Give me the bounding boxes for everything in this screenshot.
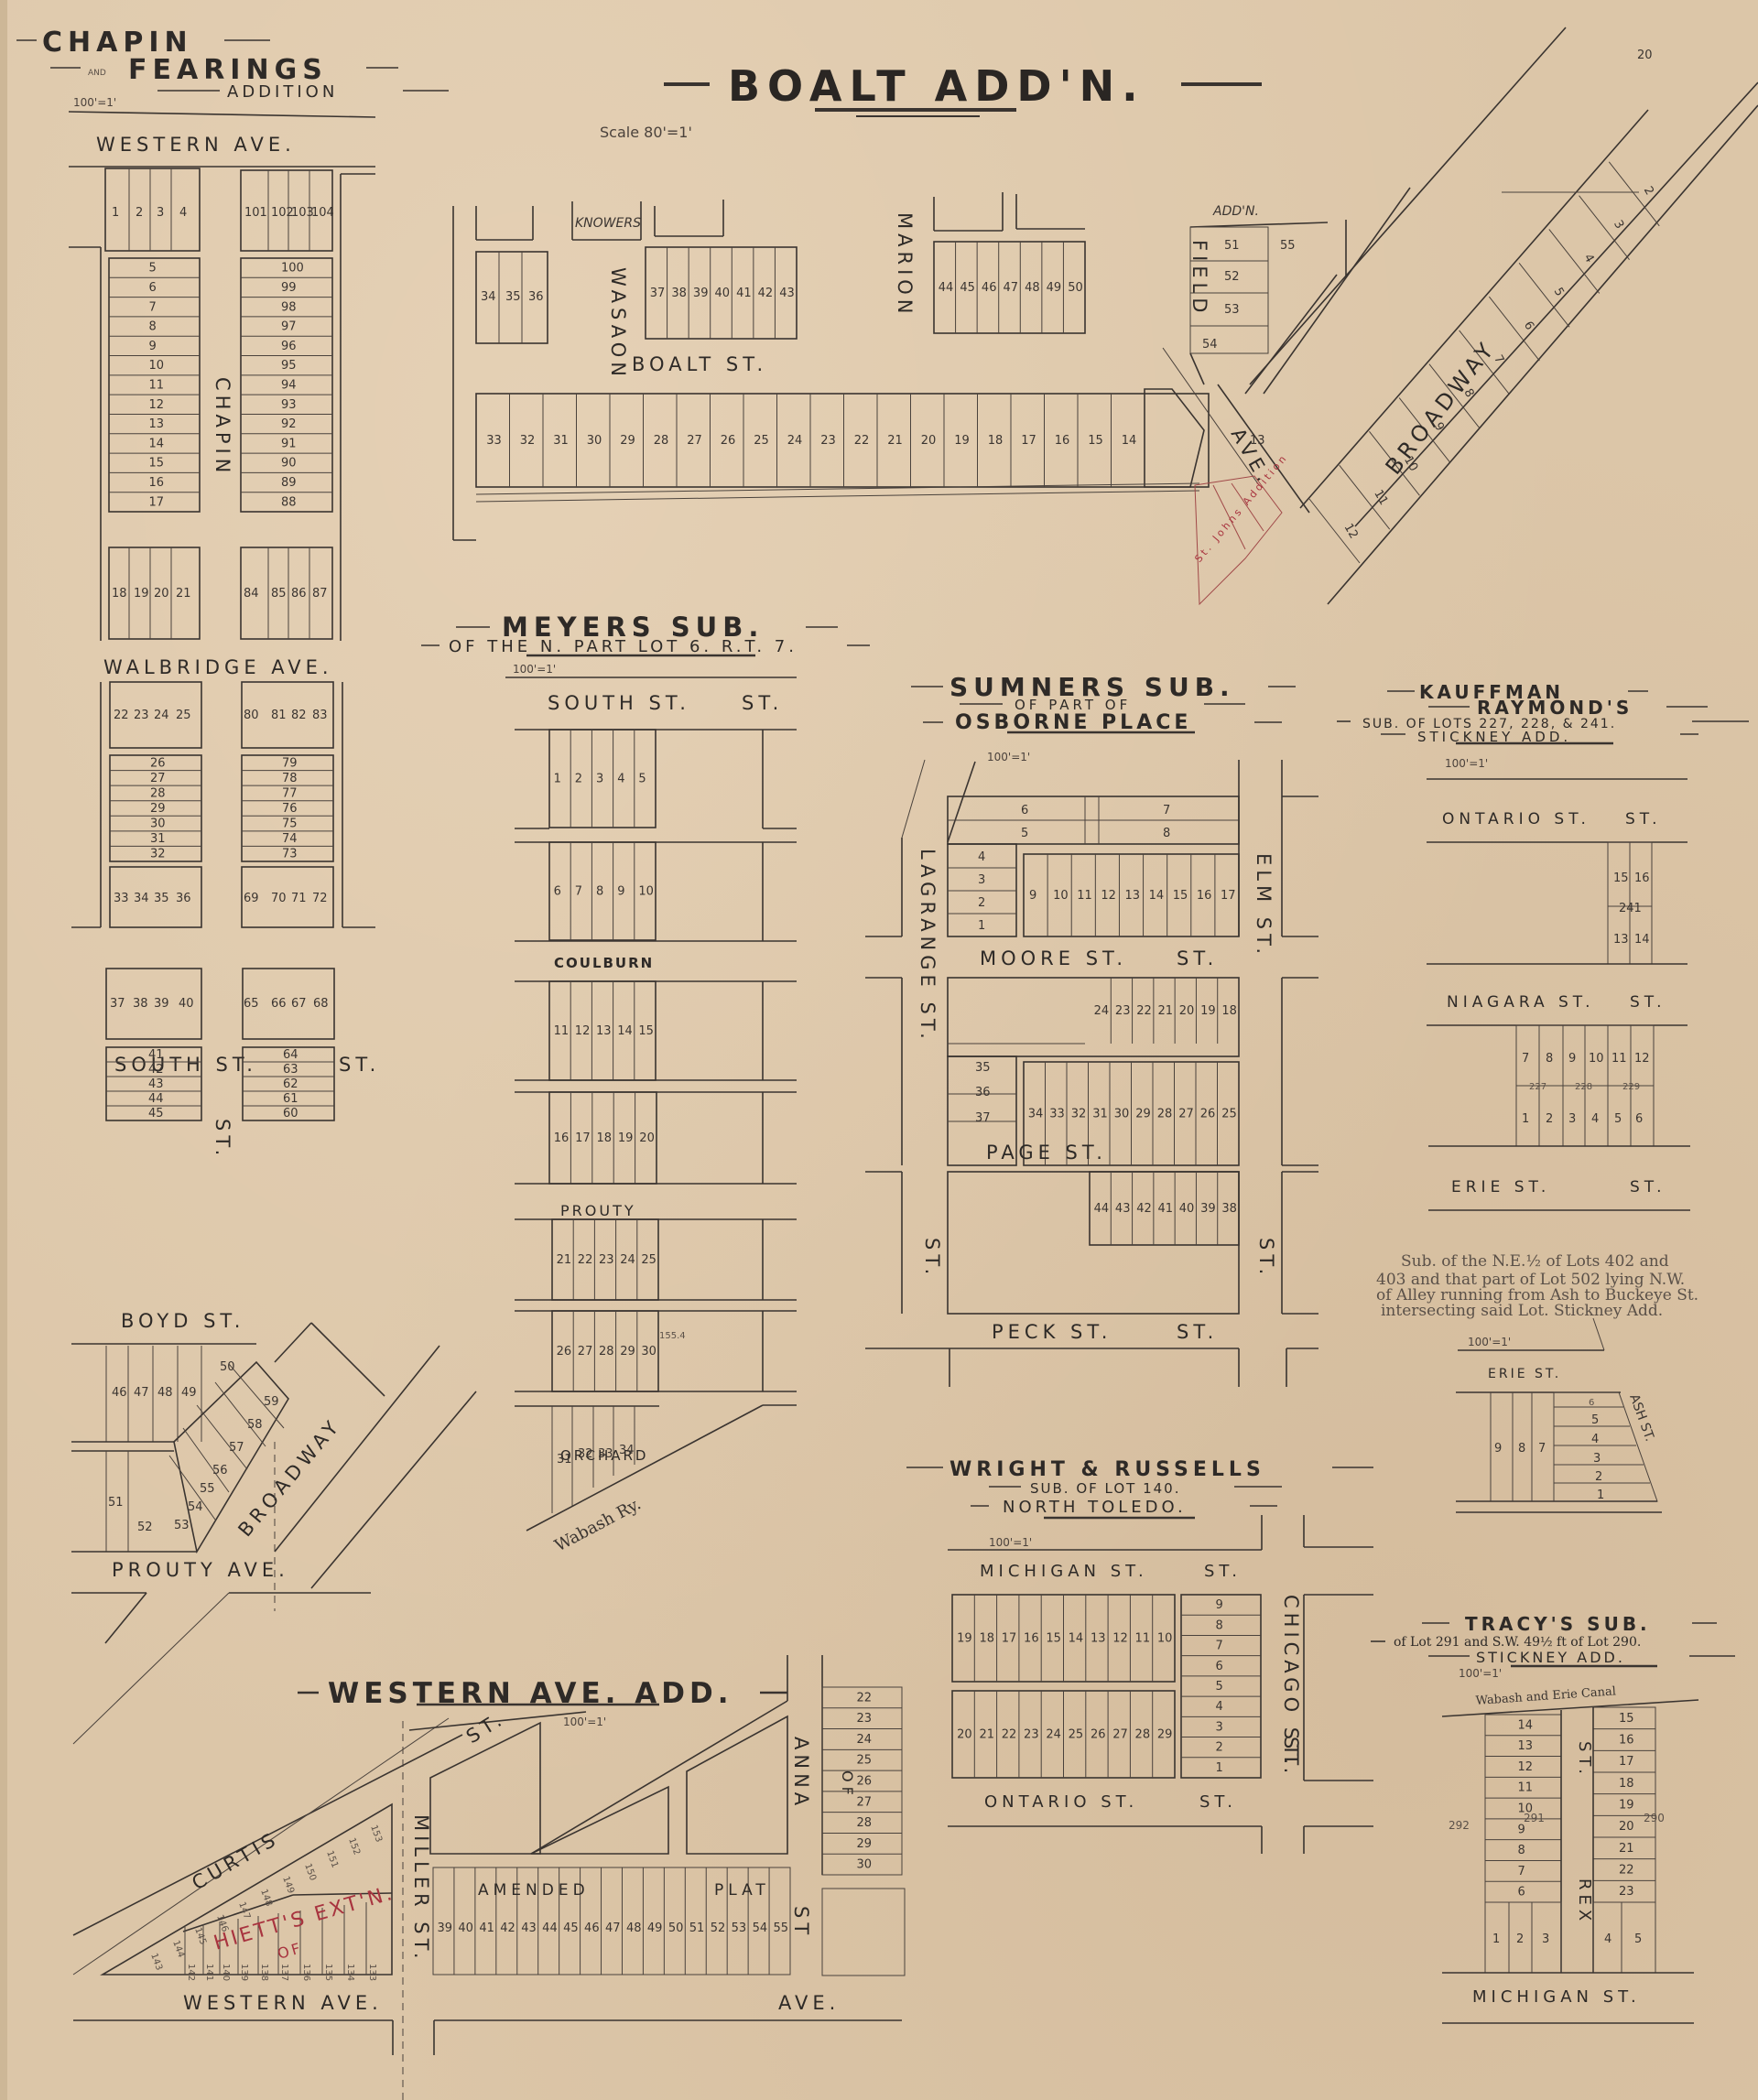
lot-number: 11: [1518, 1781, 1534, 1795]
meyers-subtitle: OF THE N. PART LOT 6. R.T. 7.: [449, 637, 798, 656]
lot-number: 50: [668, 1921, 684, 1935]
lot-number: 28: [1157, 1108, 1173, 1121]
lot-number: 6: [554, 885, 561, 899]
lot-number: 11: [1077, 889, 1092, 903]
wright-russells-sub: WRIGHT & RUSSELLS SUB. OF LOT 140. NORTH…: [906, 1458, 1373, 1854]
svg-text:52: 52: [1224, 270, 1240, 284]
lot-number: 144: [170, 1939, 186, 1959]
svg-text:11: 11: [1611, 1052, 1627, 1066]
lot-number: 7: [149, 300, 157, 314]
chapin-and: AND: [88, 69, 106, 78]
lot-number: 17: [1021, 434, 1036, 448]
lot-number: 50: [1068, 281, 1083, 295]
lot-number: 9: [1216, 1598, 1223, 1612]
svg-text:46: 46: [112, 1386, 127, 1400]
lot-number: 22: [1136, 1004, 1152, 1018]
street-south-st-meyers: SOUTH ST.: [548, 692, 690, 714]
lot-number: 15: [1619, 1712, 1634, 1726]
lot-number: 44: [939, 281, 954, 295]
western-ave-addition: WESTERN AVE. ADD. 100'=1' ST. CURTIS 142…: [73, 1655, 905, 2100]
lot-number: 12: [1518, 1760, 1534, 1774]
lot-number: 98: [281, 300, 297, 314]
svg-text:2: 2: [1516, 1932, 1524, 1946]
lot-number: 139: [239, 1964, 249, 1981]
lot-number: 16: [149, 476, 165, 490]
street-erie-ne: ERIE ST.: [1488, 1367, 1561, 1381]
lot-number: 21: [979, 1728, 994, 1742]
orig-lot-229: 229: [1622, 1082, 1640, 1092]
lot-number: 16: [1024, 1632, 1039, 1646]
lot-number: 96: [281, 340, 297, 353]
street-michigan-tracy: MICHIGAN ST.: [1472, 1987, 1641, 2007]
lot-number: 21: [887, 434, 903, 448]
svg-text:104: 104: [311, 206, 334, 220]
svg-text:ST.: ST.: [742, 692, 783, 714]
svg-text:ST.: ST.: [1280, 1737, 1302, 1778]
lot-number: 17: [149, 495, 165, 509]
svg-text:4: 4: [1591, 1433, 1599, 1446]
lot-number: 5: [1216, 1680, 1223, 1694]
sumners-subtitle2: OSBORNE PLACE: [955, 711, 1191, 734]
svg-text:36: 36: [176, 892, 191, 905]
orig-lot-227: 227: [1529, 1082, 1546, 1092]
street-walbridge-ave: WALBRIDGE AVE.: [103, 656, 333, 678]
svg-text:31: 31: [557, 1453, 572, 1467]
lot-number: 31: [150, 832, 166, 846]
lot-number: 91: [281, 437, 297, 450]
plat-label: PLAT: [714, 1881, 770, 1900]
lot-number: 153: [368, 1824, 384, 1844]
svg-text:70: 70: [271, 892, 287, 905]
lot-number: 88: [281, 495, 297, 509]
lot-number: 148: [258, 1888, 274, 1908]
svg-text:56: 56: [212, 1464, 228, 1478]
lot-number: 42: [148, 1063, 164, 1077]
lot-number: 39: [1200, 1202, 1216, 1216]
lot-number: 16: [1619, 1734, 1634, 1748]
lot-number: 47: [605, 1921, 621, 1935]
lot-number: 29: [620, 434, 635, 448]
lot-number: 17: [1002, 1632, 1017, 1646]
knowers-label: KNOWERS: [575, 216, 641, 231]
svg-text:ST.: ST.: [1255, 1238, 1277, 1279]
svg-text:87: 87: [312, 587, 328, 601]
sumners-scale: 100'=1': [987, 751, 1030, 763]
lot-number: 30: [150, 817, 166, 831]
lot-number: 39: [693, 287, 709, 300]
sumners-sub: SUMNERS SUB. OF PART OF OSBORNE PLACE 10…: [865, 672, 1318, 1387]
ne-half-scale: 100'=1': [1468, 1336, 1511, 1348]
lot-number: 23: [1024, 1728, 1039, 1742]
lot-number: 26: [721, 434, 736, 448]
lot-number: 19: [957, 1632, 972, 1646]
svg-text:2: 2: [978, 896, 985, 910]
svg-text:67: 67: [291, 997, 307, 1011]
svg-text:6: 6: [1635, 1112, 1643, 1126]
svg-text:58: 58: [247, 1418, 263, 1432]
lot-number: 27: [857, 1795, 873, 1809]
lot-number: 152: [346, 1836, 362, 1856]
lot-number: 6: [1521, 319, 1536, 333]
lot-number: 14: [1122, 434, 1137, 448]
lot-number: 7: [575, 885, 582, 899]
lot-number: 22: [857, 1691, 873, 1705]
lot-number: 41: [736, 287, 752, 300]
svg-text:24: 24: [154, 709, 169, 722]
lot-number: 99: [281, 281, 297, 295]
lot-number: 39: [437, 1921, 452, 1935]
lot-number: 18: [988, 434, 1004, 448]
lot-number: 9: [617, 885, 624, 899]
street-south-st: SOUTH ST.: [114, 1054, 257, 1076]
lot-number: 141: [204, 1964, 214, 1981]
svg-text:3: 3: [157, 206, 164, 220]
lot-number: 94: [281, 379, 297, 393]
svg-text:69: 69: [244, 892, 259, 905]
svg-text:5: 5: [1021, 827, 1028, 840]
wright-title: WRIGHT & RUSSELLS: [950, 1458, 1265, 1481]
svg-text:3: 3: [1593, 1452, 1601, 1466]
svg-text:ST.: ST.: [1625, 810, 1662, 828]
lot-number: 62: [283, 1077, 298, 1091]
lot-number: 97: [281, 320, 297, 334]
lot-number: 31: [553, 434, 569, 448]
lot-number: 11: [149, 379, 165, 393]
amended-label: AMENDED: [478, 1881, 590, 1900]
svg-text:54: 54: [188, 1500, 203, 1514]
svg-text:7: 7: [1522, 1052, 1529, 1066]
svg-text:2: 2: [1546, 1112, 1553, 1126]
lot-number: 40: [715, 287, 731, 300]
svg-text:47: 47: [134, 1386, 149, 1400]
svg-text:32: 32: [578, 1447, 593, 1461]
svg-text:35: 35: [975, 1061, 991, 1075]
svg-text:80: 80: [244, 709, 259, 722]
lot-number: 15: [1173, 889, 1188, 903]
lot-number: 64: [283, 1048, 298, 1062]
svg-text:36: 36: [975, 1086, 991, 1099]
lot-number: 15: [149, 457, 165, 471]
lot-number: 74: [282, 832, 298, 846]
street-boyd-st: BOYD ST.: [121, 1310, 244, 1332]
lot-number: 19: [954, 434, 970, 448]
lot-number: 21: [1619, 1842, 1634, 1856]
lot-number: 12: [1112, 1632, 1128, 1646]
lot-number: 14: [1069, 1632, 1084, 1646]
lot-number: 25: [754, 434, 769, 448]
lot-number: 140: [221, 1964, 231, 1981]
svg-text:48: 48: [157, 1386, 173, 1400]
svg-text:8: 8: [1546, 1052, 1553, 1066]
map-canvas: 20 CHAPIN AND FEARINGS ADDITION 100'=1' …: [0, 0, 1758, 2100]
orig-lot-291: 291: [1524, 1812, 1545, 1824]
lot-number: 41: [1158, 1202, 1174, 1216]
svg-text:23: 23: [134, 709, 149, 722]
lot-number: 15: [638, 1024, 654, 1038]
svg-text:8: 8: [1518, 1442, 1525, 1456]
wright-scale: 100'=1': [989, 1536, 1032, 1549]
lot-number: 22: [578, 1253, 593, 1267]
svg-text:19: 19: [134, 587, 149, 601]
svg-text:38: 38: [133, 997, 148, 1011]
svg-text:4: 4: [179, 206, 187, 220]
lot-number: 29: [1157, 1728, 1173, 1742]
lot-number: 13: [149, 417, 165, 431]
lot-number: 76: [282, 802, 298, 816]
svg-text:1: 1: [1597, 1488, 1604, 1502]
lot-number: 6: [149, 281, 157, 295]
street-broadway-west: BROADWAY: [233, 1414, 345, 1542]
boalt-scale: Scale 80'=1': [600, 124, 692, 141]
wright-subtitle: SUB. OF LOT 140.: [1030, 1480, 1181, 1497]
street-field: FIELD: [1188, 240, 1210, 317]
lot-number: 137: [279, 1964, 289, 1981]
svg-text:4: 4: [978, 850, 985, 864]
lot-number: 2: [1216, 1741, 1223, 1755]
svg-text:51: 51: [1224, 239, 1240, 253]
street-ontario-wright: ONTARIO ST.: [984, 1792, 1138, 1812]
lot-number: 134: [345, 1964, 355, 1981]
svg-text:39: 39: [154, 997, 169, 1011]
street-niagara-kauffman: NIAGARA ST.: [1447, 993, 1595, 1012]
lot-number: 29: [1135, 1108, 1151, 1121]
svg-text:81: 81: [271, 709, 287, 722]
lot-number: 8: [1518, 1844, 1525, 1857]
lot-number: 25: [1221, 1108, 1237, 1121]
svg-text:15: 15: [1613, 871, 1629, 885]
lot-number: 10: [149, 359, 165, 373]
lot-number: 133: [367, 1964, 377, 1981]
lot-number: 38: [671, 287, 687, 300]
svg-text:37: 37: [975, 1111, 991, 1125]
lot-number: 25: [857, 1754, 873, 1768]
svg-text:ST.: ST.: [212, 1119, 233, 1160]
lot-number: 24: [1046, 1728, 1061, 1742]
meyers-scale: 100'=1': [513, 663, 556, 676]
svg-text:33: 33: [114, 892, 129, 905]
meyers-sub: MEYERS SUB. OF THE N. PART LOT 6. R.T. 7…: [421, 612, 870, 1555]
street-western: WESTERN AVE.: [183, 1992, 383, 2014]
svg-text:101: 101: [244, 206, 267, 220]
svg-text:49: 49: [181, 1386, 197, 1400]
lot-number: 43: [779, 287, 795, 300]
lot-number: 92: [281, 417, 297, 431]
lot-number: 9: [1029, 889, 1036, 903]
svg-text:55: 55: [200, 1482, 215, 1496]
lot-number: 15: [1088, 434, 1103, 448]
lot-number: 3: [1216, 1720, 1223, 1734]
lot-number: 30: [1114, 1108, 1130, 1121]
wabash-ry-label: Wabash Ry.: [551, 1494, 644, 1555]
lot-number: 20: [957, 1728, 972, 1742]
meyers-dimension: 155.4: [659, 1331, 686, 1341]
svg-text:54: 54: [1202, 338, 1218, 352]
lot-number: 37: [650, 287, 666, 300]
lot-number: 23: [1115, 1004, 1131, 1018]
svg-text:20: 20: [154, 587, 169, 601]
street-marion: MARION: [894, 212, 916, 319]
lot-number: 135: [323, 1964, 333, 1981]
lot-number: 25: [1069, 1728, 1084, 1742]
lot-number: 12: [575, 1024, 591, 1038]
lot-number: 17: [1221, 889, 1236, 903]
svg-text:ST.: ST.: [921, 1238, 943, 1279]
lot-number: 6: [1216, 1660, 1223, 1673]
lot-number: 15: [1046, 1632, 1061, 1646]
chapin-fearings-addition: CHAPIN AND FEARINGS ADDITION 100'=1' WES…: [16, 27, 476, 1744]
lot-number: 23: [820, 434, 836, 448]
lot-number: 20: [921, 434, 937, 448]
lot-number: 63: [283, 1063, 298, 1077]
svg-text:3: 3: [1568, 1112, 1576, 1126]
lot-number: 26: [1091, 1728, 1106, 1742]
svg-text:4: 4: [1604, 1932, 1611, 1946]
svg-text:6: 6: [1589, 1398, 1594, 1408]
of-label-anna: OF: [839, 1770, 856, 1800]
note-line-1: Sub. of the N.E.½ of Lots 402 and: [1401, 1252, 1669, 1271]
svg-text:8: 8: [1163, 827, 1170, 840]
svg-text:37: 37: [110, 997, 125, 1011]
lot-number: 14: [617, 1024, 633, 1038]
street-michigan-wright: MICHIGAN ST.: [980, 1562, 1148, 1581]
lot-number: 13: [1250, 434, 1265, 448]
wright-subtitle2: NORTH TOLEDO.: [1003, 1498, 1187, 1517]
lot-number: 42: [1136, 1202, 1152, 1216]
svg-text:21: 21: [176, 587, 191, 601]
street-western-ave: WESTERN AVE.: [96, 134, 296, 156]
lot-number: 26: [150, 756, 166, 770]
lot-number: 9: [1518, 1823, 1525, 1836]
svg-text:6: 6: [1021, 804, 1028, 817]
lot-number: 7: [1216, 1640, 1223, 1653]
lot-number: 55: [774, 1921, 789, 1935]
kauffman-scale: 100'=1': [1445, 757, 1488, 770]
lot-number: 22: [854, 434, 870, 448]
lot-number: 16: [1197, 889, 1212, 903]
lot-number: 5: [149, 262, 157, 276]
street-rex: REX: [1575, 1878, 1594, 1925]
svg-text:3: 3: [978, 873, 985, 887]
lot-number: 33: [486, 434, 502, 448]
lot-number: 43: [1115, 1202, 1131, 1216]
raymonds-title: RAYMOND'S: [1477, 697, 1633, 719]
lot-number: 151: [324, 1849, 340, 1869]
lot-number: 40: [458, 1921, 473, 1935]
lot-number: 75: [282, 817, 298, 831]
chapin-scale: 100'=1': [73, 96, 116, 109]
lot-number: 20: [1179, 1004, 1195, 1018]
lot-number: 77: [282, 786, 298, 800]
svg-text:ST.: ST.: [1575, 1741, 1594, 1779]
street-coulburn: COULBURN: [554, 955, 654, 971]
lot-number: 18: [1221, 1004, 1237, 1018]
street-elm: ELM ST.: [1253, 853, 1275, 958]
street-peck-st: PECK ST.: [992, 1321, 1112, 1343]
lot-number: 13: [1091, 1632, 1106, 1646]
lot-number: 27: [150, 772, 166, 785]
tracy-subtitle: of Lot 291 and S.W. 49½ ft of Lot 290.: [1394, 1635, 1641, 1650]
lot-number: 23: [599, 1253, 614, 1267]
lot-number: 17: [575, 1131, 591, 1145]
lot-number: 23: [1619, 1885, 1634, 1899]
lot-number: 16: [554, 1131, 570, 1145]
lot-number: 45: [563, 1921, 579, 1935]
lot-number: 47: [1004, 281, 1019, 295]
page-number: 20: [1637, 49, 1653, 62]
street-lagrange: LAGRANGE ST.: [917, 849, 939, 1044]
lot-number: 4: [617, 773, 624, 786]
lot-number: 46: [584, 1921, 600, 1935]
lot-number: 24: [857, 1733, 873, 1747]
lot-number: 27: [1178, 1108, 1194, 1121]
lot-number: 31: [1092, 1108, 1108, 1121]
lot-number: 78: [282, 772, 298, 785]
lot-number: 21: [557, 1253, 572, 1267]
svg-text:65: 65: [244, 997, 259, 1011]
st-johns-red-note: St. Johns Addition: [1192, 451, 1290, 565]
lot-number: 1: [1216, 1761, 1223, 1775]
lot-number: 30: [641, 1345, 657, 1359]
lot-number: 32: [520, 434, 536, 448]
lot-number: 19: [618, 1131, 634, 1145]
svg-text:83: 83: [312, 709, 328, 722]
orig-lot-292: 292: [1449, 1819, 1470, 1832]
svg-text:35: 35: [505, 290, 521, 304]
street-prouty-ave: PROUTY AVE.: [112, 1559, 289, 1581]
plat-map-sheet: 20 CHAPIN AND FEARINGS ADDITION 100'=1' …: [0, 0, 1758, 2100]
lot-number: 18: [1619, 1777, 1634, 1791]
svg-text:2: 2: [136, 206, 143, 220]
lot-number: 51: [689, 1921, 705, 1935]
lot-number: 10: [638, 885, 654, 899]
svg-text:1: 1: [1522, 1112, 1529, 1126]
svg-text:34: 34: [134, 892, 149, 905]
tracy-subtitle2: STICKNEY ADD.: [1476, 1649, 1625, 1666]
lot-number: 18: [979, 1632, 994, 1646]
svg-text:55: 55: [1280, 239, 1296, 253]
lot-number: 13: [596, 1024, 612, 1038]
svg-text:59: 59: [264, 1395, 279, 1409]
lot-number: 43: [521, 1921, 537, 1935]
svg-text:33: 33: [598, 1447, 613, 1461]
lot-number: 16: [1055, 434, 1070, 448]
street-anna: ANNA: [790, 1737, 812, 1810]
lot-number: 33: [1049, 1108, 1065, 1121]
addition-title: ADDITION: [227, 82, 338, 102]
lot-number: 22: [1619, 1864, 1634, 1878]
svg-text:35: 35: [154, 892, 169, 905]
svg-text:1: 1: [978, 919, 985, 933]
lot-number: 40: [1179, 1202, 1195, 1216]
lot-number: 44: [1094, 1202, 1110, 1216]
svg-text:ST.: ST.: [1630, 993, 1666, 1012]
lot-number: 100: [281, 262, 304, 276]
svg-text:1: 1: [1492, 1932, 1500, 1946]
tracy-scale: 100'=1': [1459, 1667, 1502, 1680]
lot-number: 14: [1149, 889, 1165, 903]
lot-number: 28: [654, 434, 669, 448]
svg-text:5: 5: [1614, 1112, 1622, 1126]
street-prouty: PROUTY: [560, 1202, 636, 1219]
lot-number: 90: [281, 457, 297, 471]
hietts-ext-red-label: HIETT'S EXT'N.: [212, 1882, 397, 1955]
lot-number: 27: [1112, 1728, 1128, 1742]
street-chapin: CHAPIN: [212, 377, 233, 477]
lot-number: 2: [575, 773, 582, 786]
lot-number: 43: [148, 1077, 164, 1091]
lot-number: 28: [1135, 1728, 1151, 1742]
svg-text:86: 86: [291, 587, 307, 601]
